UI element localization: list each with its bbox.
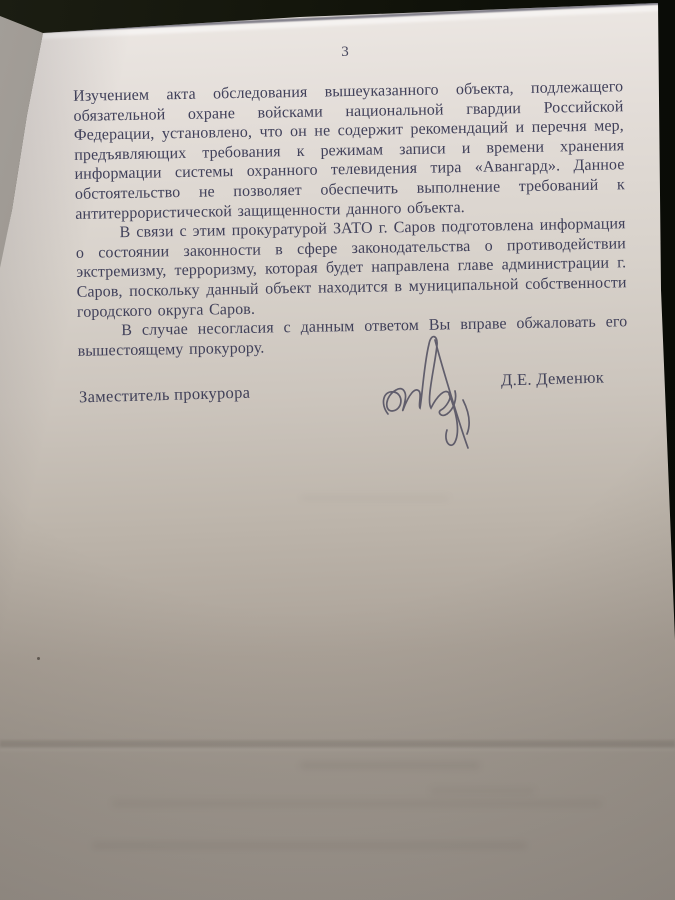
signature-scribble-icon bbox=[376, 328, 506, 456]
bleed-through-line bbox=[300, 762, 480, 769]
bleed-through-line bbox=[430, 788, 535, 794]
signer-name: Д.Е. Деменюк bbox=[501, 368, 605, 391]
bleed-through-line bbox=[92, 842, 527, 849]
bleed-through-line bbox=[300, 495, 450, 501]
bleed-through-line bbox=[112, 800, 602, 807]
letter-body: Изучением акта обследования вышеуказанно… bbox=[73, 77, 628, 361]
page-number: 3 bbox=[330, 44, 360, 61]
photo-of-document: 3 Изучением акта обследования вышеуказан… bbox=[0, 0, 675, 900]
paper-fold-crease bbox=[0, 740, 675, 752]
paper-speck bbox=[37, 657, 40, 660]
paragraph-2: В связи с этим прокуратурой ЗАТО г. Саро… bbox=[75, 214, 627, 322]
document-page: 3 Изучением акта обследования вышеуказан… bbox=[0, 0, 675, 900]
paragraph-1: Изучением акта обследования вышеуказанно… bbox=[73, 77, 625, 224]
